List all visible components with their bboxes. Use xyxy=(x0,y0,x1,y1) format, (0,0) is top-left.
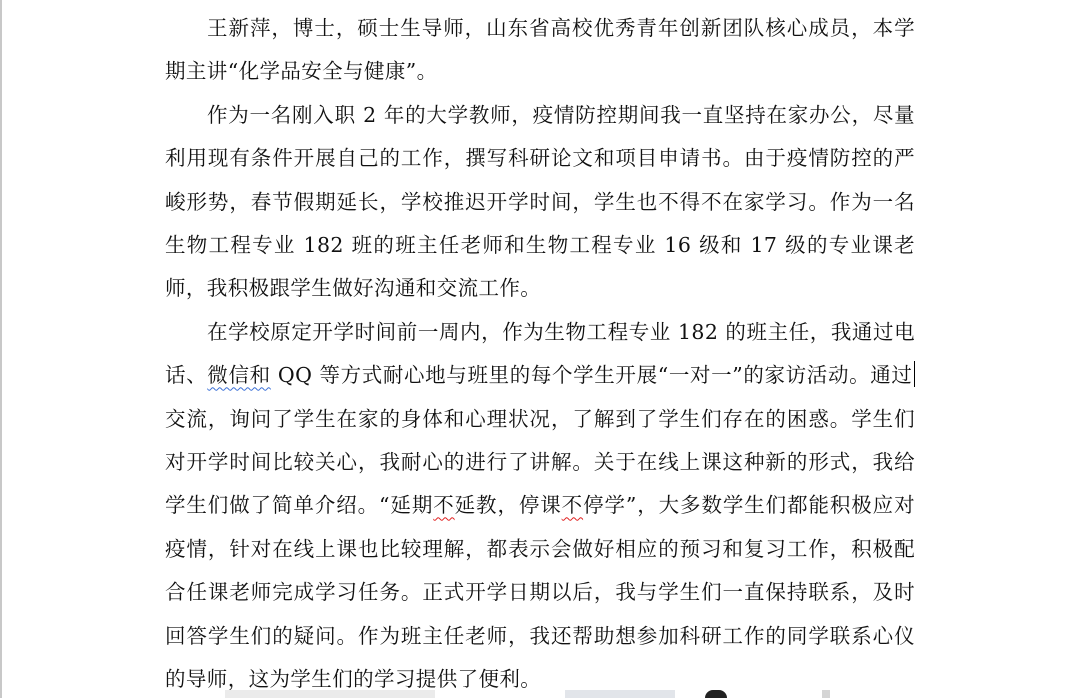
document-body[interactable]: 王新萍，博士，硕士生导师，山东省高校优秀青年创新团队核心成员，本学期主讲“化学品… xyxy=(165,7,915,698)
grammar-flagged-text[interactable]: 微信和 xyxy=(207,363,270,387)
embedded-image-fragment[interactable] xyxy=(705,690,727,698)
embedded-image-fragment[interactable] xyxy=(225,690,435,698)
text-run: 延教，停课 xyxy=(455,493,562,517)
paragraph-home-visits[interactable]: 在学校原定开学时间前一周内，作为生物工程专业 182 的班主任，我通过电话、微信… xyxy=(165,311,915,698)
page-left-edge xyxy=(0,0,2,698)
text-cursor xyxy=(914,361,916,387)
text-run: QQ 等方式耐心地与班里的每个学生开展“一对一”的家访活动。通过 xyxy=(271,363,913,387)
embedded-image-fragment[interactable] xyxy=(565,690,675,698)
text-run: 王新萍，博士，硕士生导师，山东省高校优秀青年创新团队核心成员，本学期主讲“化学品… xyxy=(165,16,915,83)
spelling-flagged-text[interactable]: 不 xyxy=(433,493,454,517)
embedded-image-fragment[interactable] xyxy=(822,690,830,698)
text-run: 停学”，大多数学生们都能积极应对疫情，针对在线上课也比较理解，都表示会做好相应的… xyxy=(165,493,915,691)
document-canvas: 王新萍，博士，硕士生导师，山东省高校优秀青年创新团队核心成员，本学期主讲“化学品… xyxy=(0,0,1073,698)
spelling-flagged-text[interactable]: 不 xyxy=(562,493,583,517)
paragraph-work-during-epidemic[interactable]: 作为一名刚入职 2 年的大学教师，疫情防控期间我一直坚持在家办公，尽量利用现有条… xyxy=(165,94,915,311)
paragraph-author-bio[interactable]: 王新萍，博士，硕士生导师，山东省高校优秀青年创新团队核心成员，本学期主讲“化学品… xyxy=(165,7,915,94)
text-run: 作为一名刚入职 2 年的大学教师，疫情防控期间我一直坚持在家办公，尽量利用现有条… xyxy=(165,103,915,301)
